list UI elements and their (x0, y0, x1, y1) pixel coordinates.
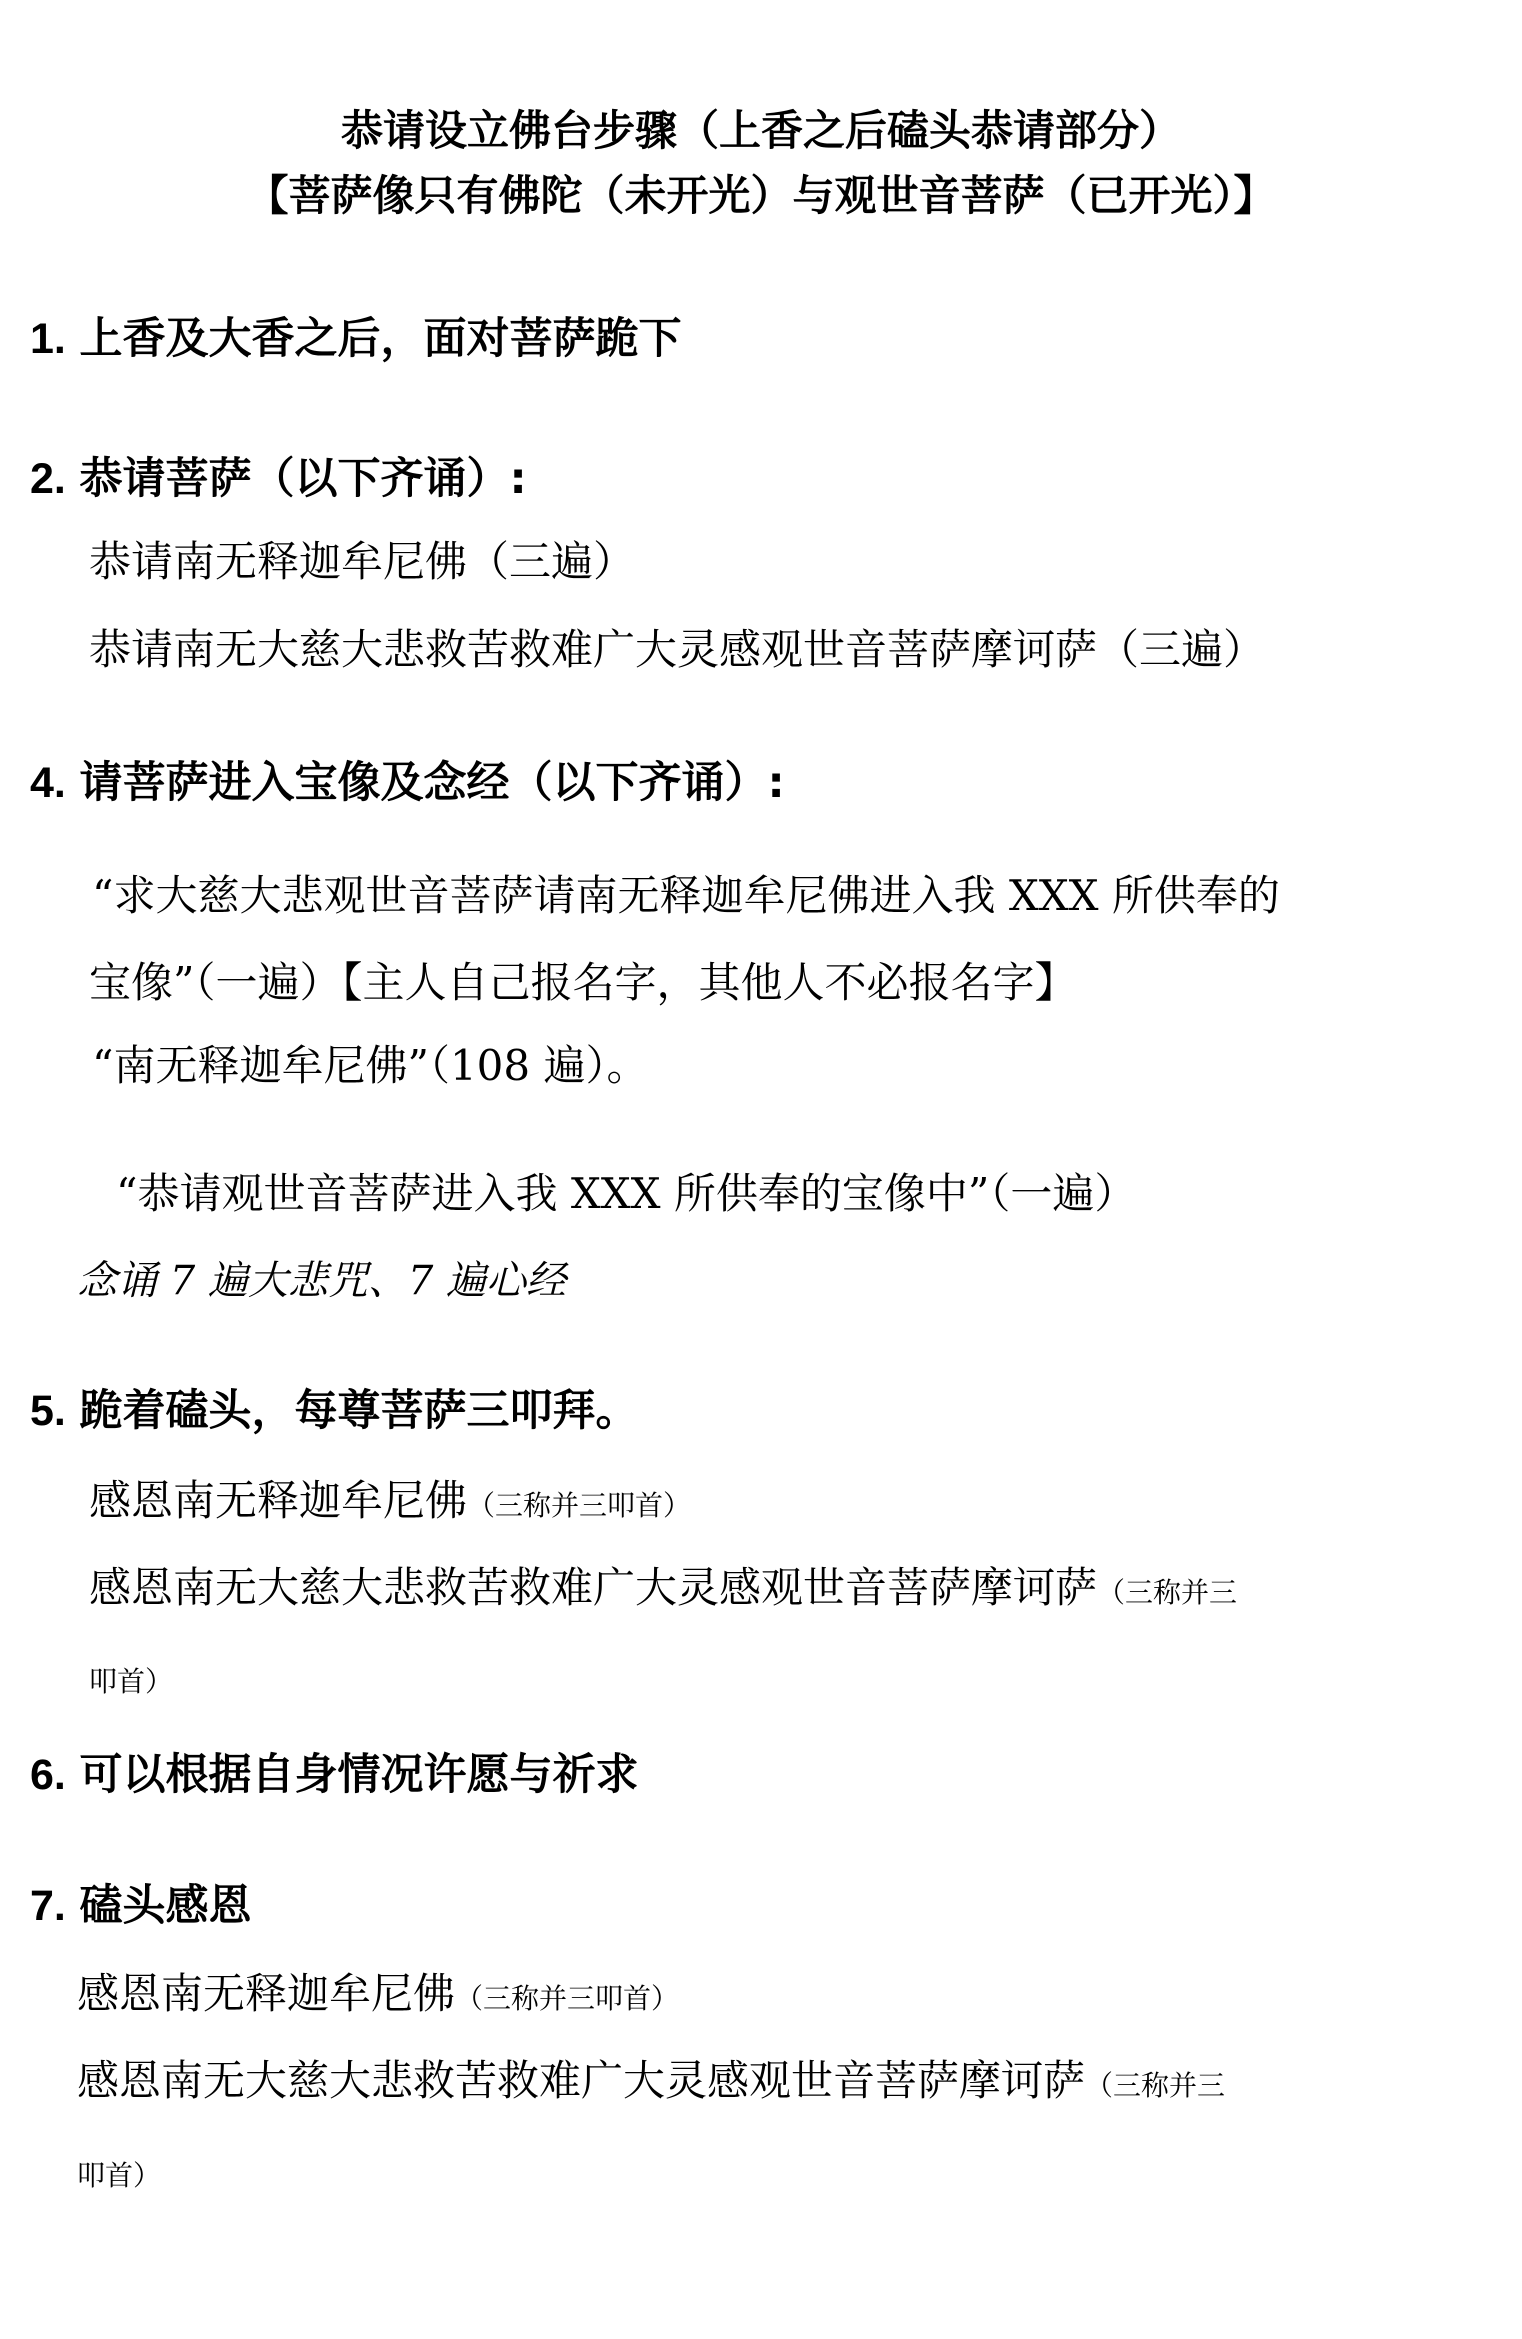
step-text: 请菩萨进入宝像及念经（以下齐诵）: (80, 758, 785, 808)
step-2-line-2: 恭请南无大慈大悲救苦救难广大灵感观世音菩萨摩诃萨（三遍） (89, 629, 1265, 671)
line-note: （三称并三 (1085, 2069, 1225, 2102)
line-text: 感恩南无释迦牟尼佛 (77, 1969, 455, 2018)
step-7-line-1: 感恩南无释迦牟尼佛（三称并三叩首） (77, 1973, 679, 2015)
step-6-heading: 6. 可以根据自身情况许愿与祈求 (30, 1754, 639, 1797)
step-7-heading: 7. 磕头感恩 (30, 1885, 252, 1928)
title-line-1: 恭请设立佛台步骤（上香之后磕头恭请部分） (0, 110, 1522, 152)
step-4-line-1: “求大慈大悲观世音菩萨请南无释迦牟尼佛进入我 XXX 所供奉的 (92, 875, 1280, 917)
step-text: 上香及大香之后，面对菩萨跪下 (80, 314, 682, 364)
step-number: 1. (30, 315, 66, 363)
step-text: 可以根据自身情况许愿与祈求 (80, 1750, 639, 1800)
step-number: 2. (30, 455, 66, 503)
line-text: 感恩南无释迦牟尼佛 (89, 1476, 467, 1525)
step-4-line-5: 念诵 7 遍大悲咒、7 遍心经 (77, 1261, 566, 1301)
line-note: 叩首） (89, 1665, 173, 1698)
line-text: 感恩南无大慈大悲救苦救难广大灵感观世音菩萨摩诃萨 (77, 2056, 1085, 2105)
step-text: 跪着磕头，每尊菩萨三叩拜。 (80, 1386, 639, 1436)
step-number: 4. (30, 759, 66, 807)
step-text: 磕头感恩 (80, 1881, 252, 1931)
line-text: 感恩南无大慈大悲救苦救难广大灵感观世音菩萨摩诃萨 (89, 1563, 1097, 1612)
step-text: 恭请菩萨（以下齐诵）: (80, 454, 527, 504)
step-5-line-3: 叩首） (89, 1656, 173, 1698)
line-note: 叩首） (77, 2159, 161, 2192)
step-4-line-2: 宝像”（一遍）【主人自己报名字，其他人不必报名字】 (89, 962, 1076, 1004)
step-2-line-1: 恭请南无释迦牟尼佛（三遍） (89, 541, 635, 583)
title-line-2: 【菩萨像只有佛陀（未开光）与观世音菩萨（已开光）】 (0, 175, 1522, 217)
step-7-line-3: 叩首） (77, 2150, 161, 2192)
line-note: （三称并三 (1097, 1576, 1237, 1609)
step-4-heading: 4. 请菩萨进入宝像及念经（以下齐诵）: (30, 762, 785, 805)
step-5-heading: 5. 跪着磕头，每尊菩萨三叩拜。 (30, 1390, 639, 1433)
step-number: 7. (30, 1882, 66, 1930)
step-1-heading: 1. 上香及大香之后，面对菩萨跪下 (30, 318, 682, 361)
step-number: 6. (30, 1751, 66, 1799)
step-5-line-1: 感恩南无释迦牟尼佛（三称并三叩首） (89, 1480, 691, 1522)
step-5-line-2: 感恩南无大慈大悲救苦救难广大灵感观世音菩萨摩诃萨（三称并三 (89, 1567, 1237, 1609)
line-note: （三称并三叩首） (467, 1489, 691, 1522)
step-4-line-3: “南无释迦牟尼佛”（108 遍）。 (92, 1045, 648, 1087)
step-2-heading: 2. 恭请菩萨（以下齐诵）: (30, 458, 527, 501)
step-4-line-4: “恭请观世音菩萨进入我 XXX 所供奉的宝像中”（一遍） (116, 1173, 1136, 1215)
step-7-line-2: 感恩南无大慈大悲救苦救难广大灵感观世音菩萨摩诃萨（三称并三 (77, 2060, 1225, 2102)
line-note: （三称并三叩首） (455, 1982, 679, 2015)
step-number: 5. (30, 1387, 66, 1435)
